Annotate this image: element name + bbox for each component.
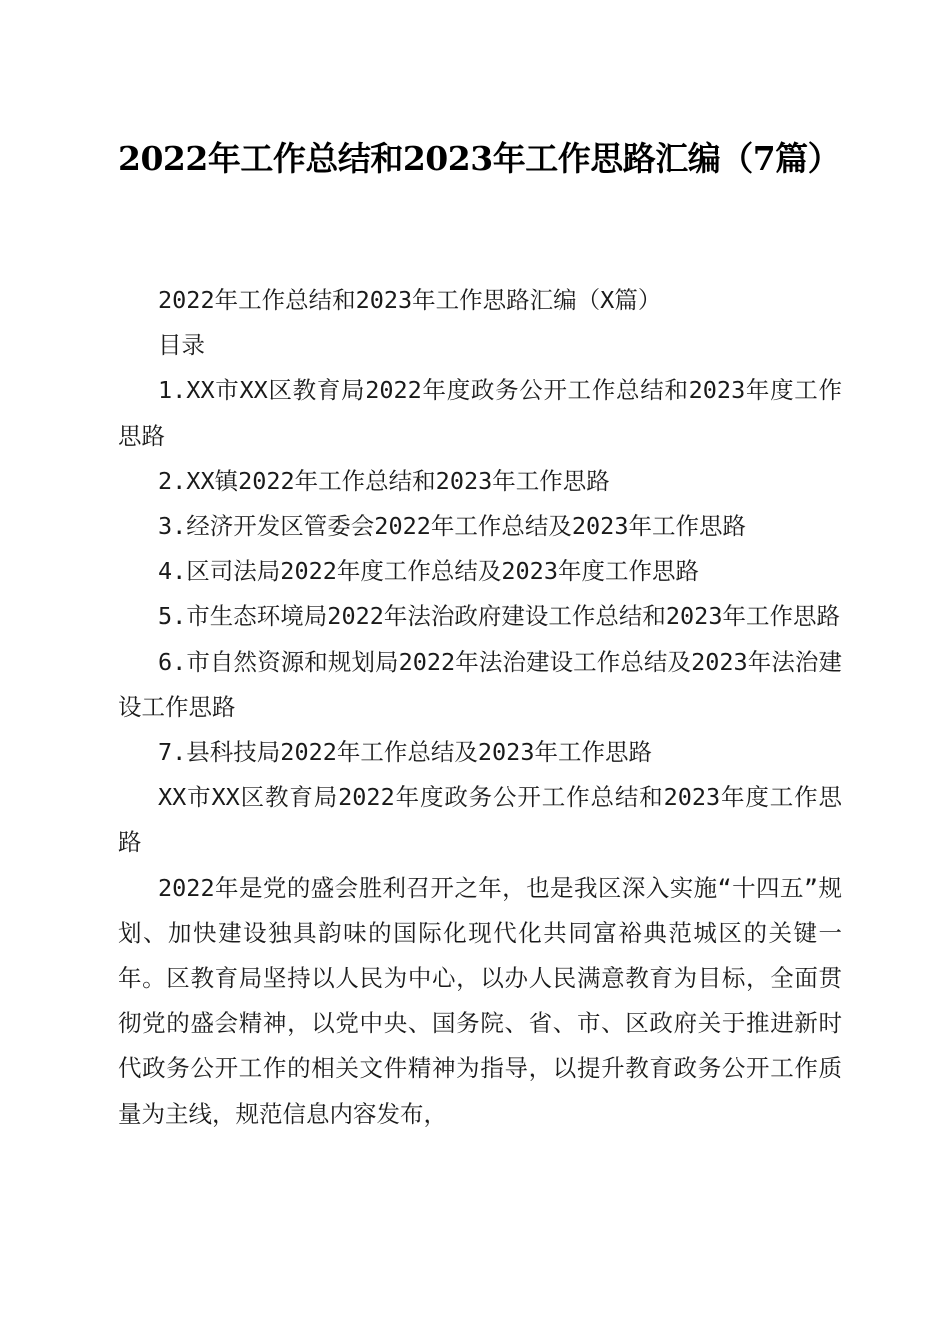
toc-item: 7.县科技局2022年工作总结及2023年工作思路 <box>118 730 842 775</box>
document-body: 2022年工作总结和2023年工作思路汇编（X篇） 目录 1.XX市XX区教育局… <box>118 278 842 1137</box>
toc-item: 1.XX市XX区教育局2022年度政务公开工作总结和2023年度工作思路 <box>118 368 842 458</box>
document-subtitle: 2022年工作总结和2023年工作思路汇编（X篇） <box>118 278 842 323</box>
toc-heading: 目录 <box>118 323 842 368</box>
toc-item: 5.市生态环境局2022年法治政府建设工作总结和2023年工作思路 <box>118 594 842 639</box>
table-of-contents: 1.XX市XX区教育局2022年度政务公开工作总结和2023年度工作思路 2.X… <box>118 368 842 775</box>
toc-item: 3.经济开发区管委会2022年工作总结及2023年工作思路 <box>118 504 842 549</box>
body-paragraph: 2022年是党的盛会胜利召开之年，也是我区深入实施“十四五”规划、加快建设独具韵… <box>118 866 842 1137</box>
document-title: 2022年工作总结和2023年工作思路汇编（7篇） <box>118 136 838 182</box>
toc-item: 4.区司法局2022年度工作总结及2023年度工作思路 <box>118 549 842 594</box>
section-heading: XX市XX区教育局2022年度政务公开工作总结和2023年度工作思路 <box>118 775 842 865</box>
toc-item: 2.XX镇2022年工作总结和2023年工作思路 <box>118 459 842 504</box>
document-page: 2022年工作总结和2023年工作思路汇编（7篇） 2022年工作总结和2023… <box>0 0 950 1344</box>
toc-item: 6.市自然资源和规划局2022年法治建设工作总结及2023年法治建设工作思路 <box>118 640 842 730</box>
